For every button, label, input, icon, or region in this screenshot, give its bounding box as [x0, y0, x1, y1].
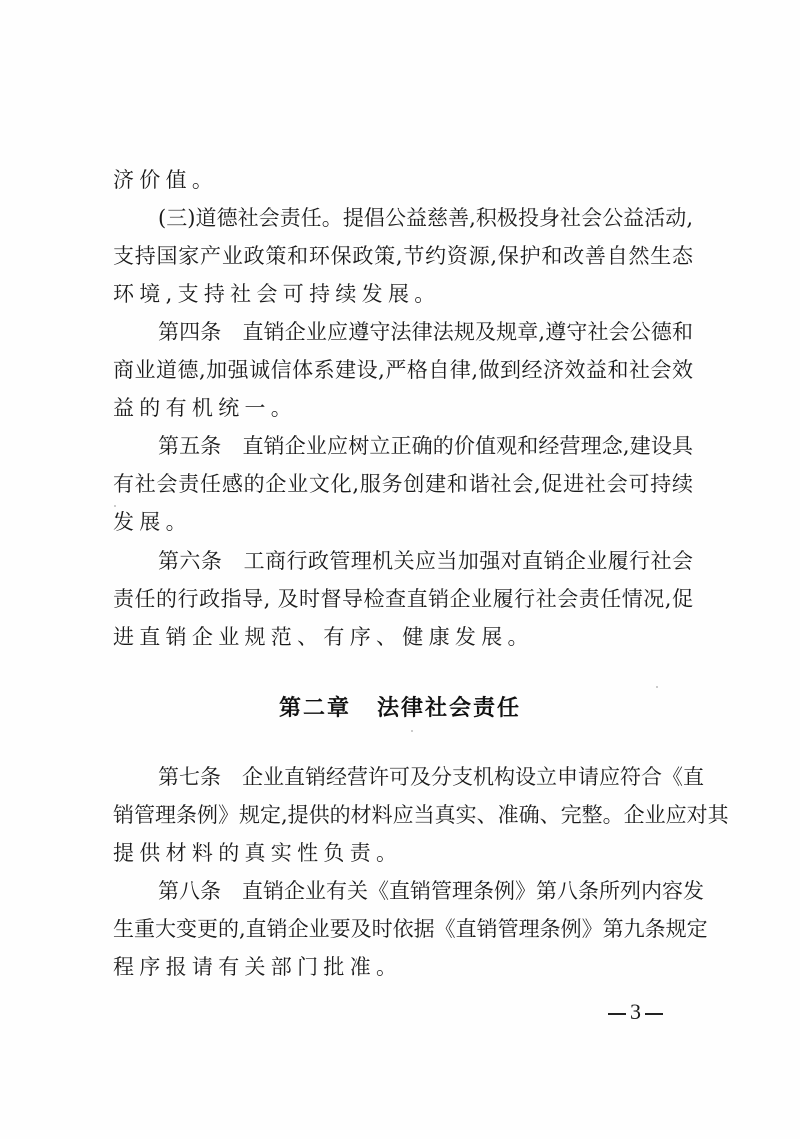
text-line: 第七条 企业直销经营许可及分支机构设立申请应符合《直 [158, 758, 693, 796]
document-page: 济价值。 (三)道德社会责任。提倡公益慈善,积极投身社会公益活动, 支持国家产业… [0, 0, 800, 1139]
text-line: 第五条 直销企业应树立正确的价值观和经营理念,建设具 [158, 427, 693, 465]
chapter-heading: 第二章法律社会责任 [0, 690, 800, 728]
text-line: 商业道德,加强诚信体系建设,严格自律,做到经济效益和社会效 [113, 351, 693, 389]
dash-left [608, 1013, 626, 1015]
text-line: 有社会责任感的企业文化,服务创建和谐社会,促进社会可持续 [113, 465, 693, 503]
text-line: 提供材料的真实性负责。 [113, 834, 693, 872]
chapter-title: 法律社会责任 [377, 696, 521, 721]
scan-speck [114, 505, 116, 507]
scan-speck [411, 730, 413, 732]
page-number-value: 3 [630, 997, 641, 1027]
text-line: 生重大变更的,直销企业要及时依据《直销管理条例》第九条规定 [113, 910, 693, 948]
text-line: 济价值。 [113, 161, 693, 199]
text-line: 责任的行政指导, 及时督导检查直销企业履行社会责任情况,促 [113, 580, 693, 618]
text-line: 进直销企业规范、有序、健康发展。 [113, 618, 693, 656]
text-line: 第四条 直销企业应遵守法律法规及规章,遵守社会公德和 [158, 313, 693, 351]
text-line: 益的有机统一。 [113, 389, 693, 427]
text-line: 第八条 直销企业有关《直销管理条例》第八条所列内容发 [158, 872, 693, 910]
chapter-number: 第二章 [279, 696, 351, 721]
page-number: 3 [608, 997, 663, 1027]
text-line: (三)道德社会责任。提倡公益慈善,积极投身社会公益活动, [158, 199, 693, 237]
text-line: 销管理条例》规定,提供的材料应当真实、准确、完整。企业应对其 [113, 796, 693, 834]
text-line: 发展。 [113, 503, 693, 541]
scan-speck [656, 686, 658, 688]
text-line: 程序报请有关部门批准。 [113, 948, 693, 986]
text-line: 支持国家产业政策和环保政策,节约资源,保护和改善自然生态 [113, 237, 693, 275]
dash-right [645, 1013, 663, 1015]
text-line: 环境,支持社会可持续发展。 [113, 275, 693, 313]
text-line: 第六条 工商行政管理机关应当加强对直销企业履行社会 [158, 542, 693, 580]
